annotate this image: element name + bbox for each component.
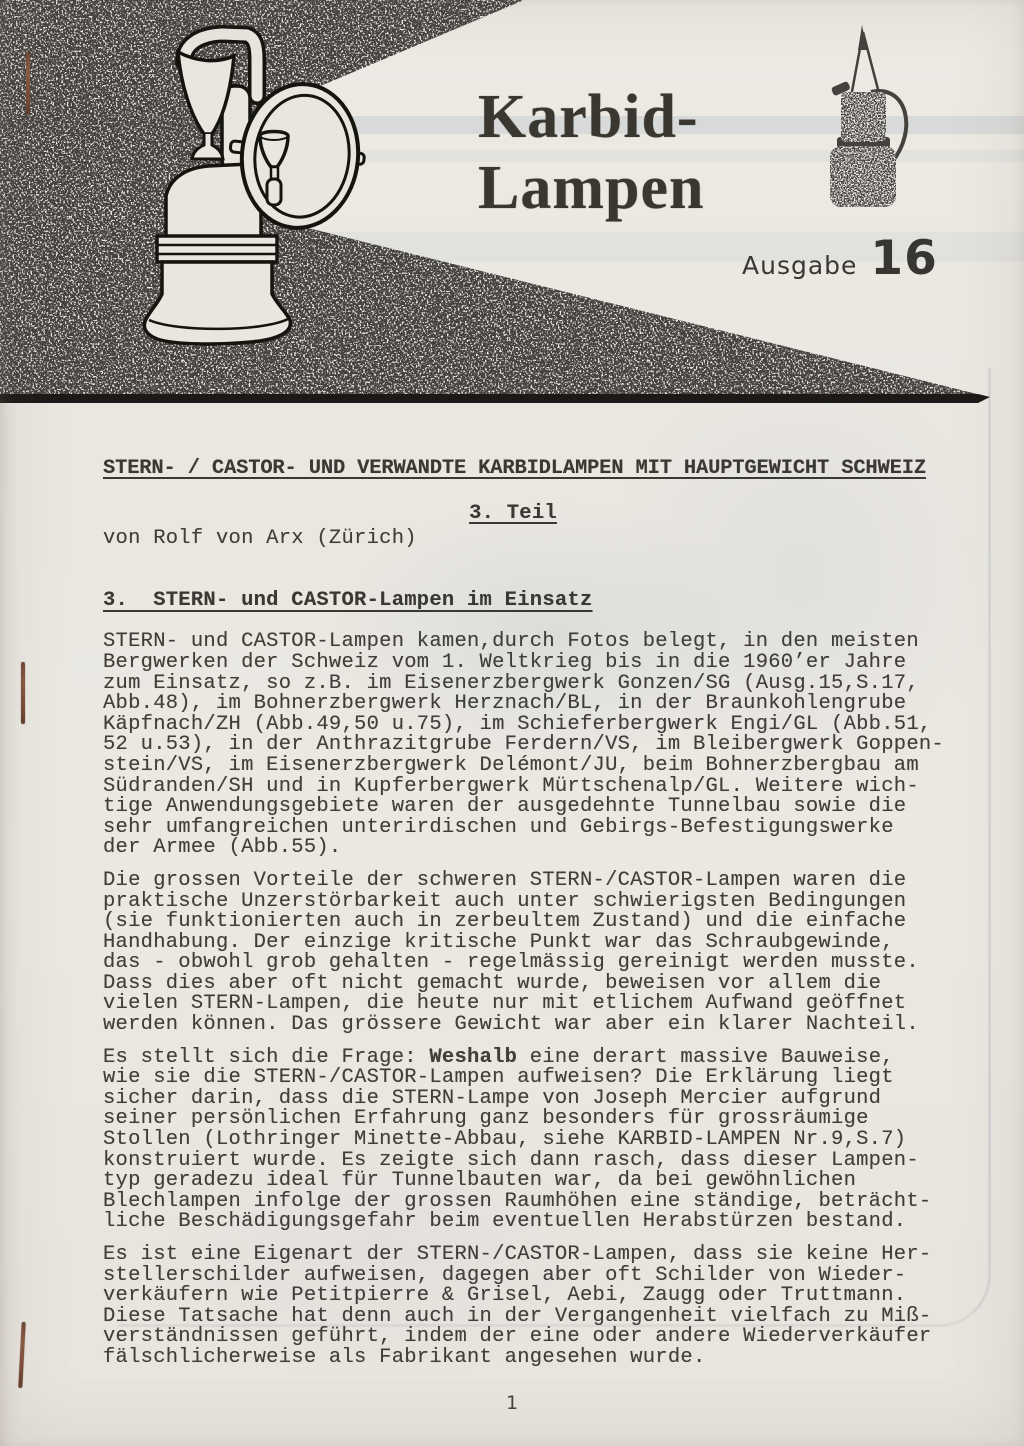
article-subtitle: 3. Teil bbox=[469, 502, 557, 525]
article-byline: von Rolf von Arx (Zürich) bbox=[103, 529, 983, 550]
paragraph-1: STERN- und CASTOR-Lampen kamen,durch Fot… bbox=[103, 632, 983, 859]
section-heading: 3. STERN- und CASTOR-Lampen im Einsatz bbox=[103, 591, 593, 612]
paragraph-3-lead: Es stellt sich die Frage: bbox=[103, 1046, 429, 1069]
paragraph-2: Die grossen Vorteile der schweren STERN-… bbox=[103, 871, 983, 1036]
page-number: 1 bbox=[0, 1392, 1024, 1414]
article-title: STERN- / CASTOR- UND VERWANDTE KARBIDLAM… bbox=[103, 459, 983, 480]
staple-mark-middle bbox=[21, 662, 25, 724]
paragraph-3-rest: eine derart massive Bauweise, wie sie di… bbox=[103, 1046, 931, 1234]
article-body: STERN- / CASTOR- UND VERWANDTE KARBIDLAM… bbox=[103, 459, 983, 1369]
issue-line: Ausgabe 16 bbox=[742, 231, 938, 286]
masthead-baseline bbox=[0, 394, 990, 403]
staple-mark-top bbox=[26, 52, 30, 114]
staple-mark-bottom bbox=[18, 1322, 25, 1388]
paragraph-3-emphasis: Weshalb bbox=[429, 1046, 517, 1069]
scanned-page: Karbid- Lampen Ausgabe 16 STERN- / CASTO… bbox=[0, 0, 1024, 1446]
small-lamp-icon bbox=[830, 25, 906, 207]
paragraph-3: Es stellt sich die Frage: Weshalb eine d… bbox=[103, 1048, 983, 1233]
newsletter-title: Karbid- Lampen bbox=[478, 82, 704, 224]
paragraph-4: Es ist eine Eigenart der STERN-/CASTOR-L… bbox=[103, 1245, 983, 1369]
newsletter-title-line2: Lampen bbox=[478, 153, 704, 224]
newsletter-title-line1: Karbid- bbox=[478, 82, 704, 153]
subtitle-row: 3. Teil bbox=[103, 504, 923, 525]
issue-label: Ausgabe bbox=[742, 251, 857, 280]
issue-number: 16 bbox=[870, 231, 937, 286]
